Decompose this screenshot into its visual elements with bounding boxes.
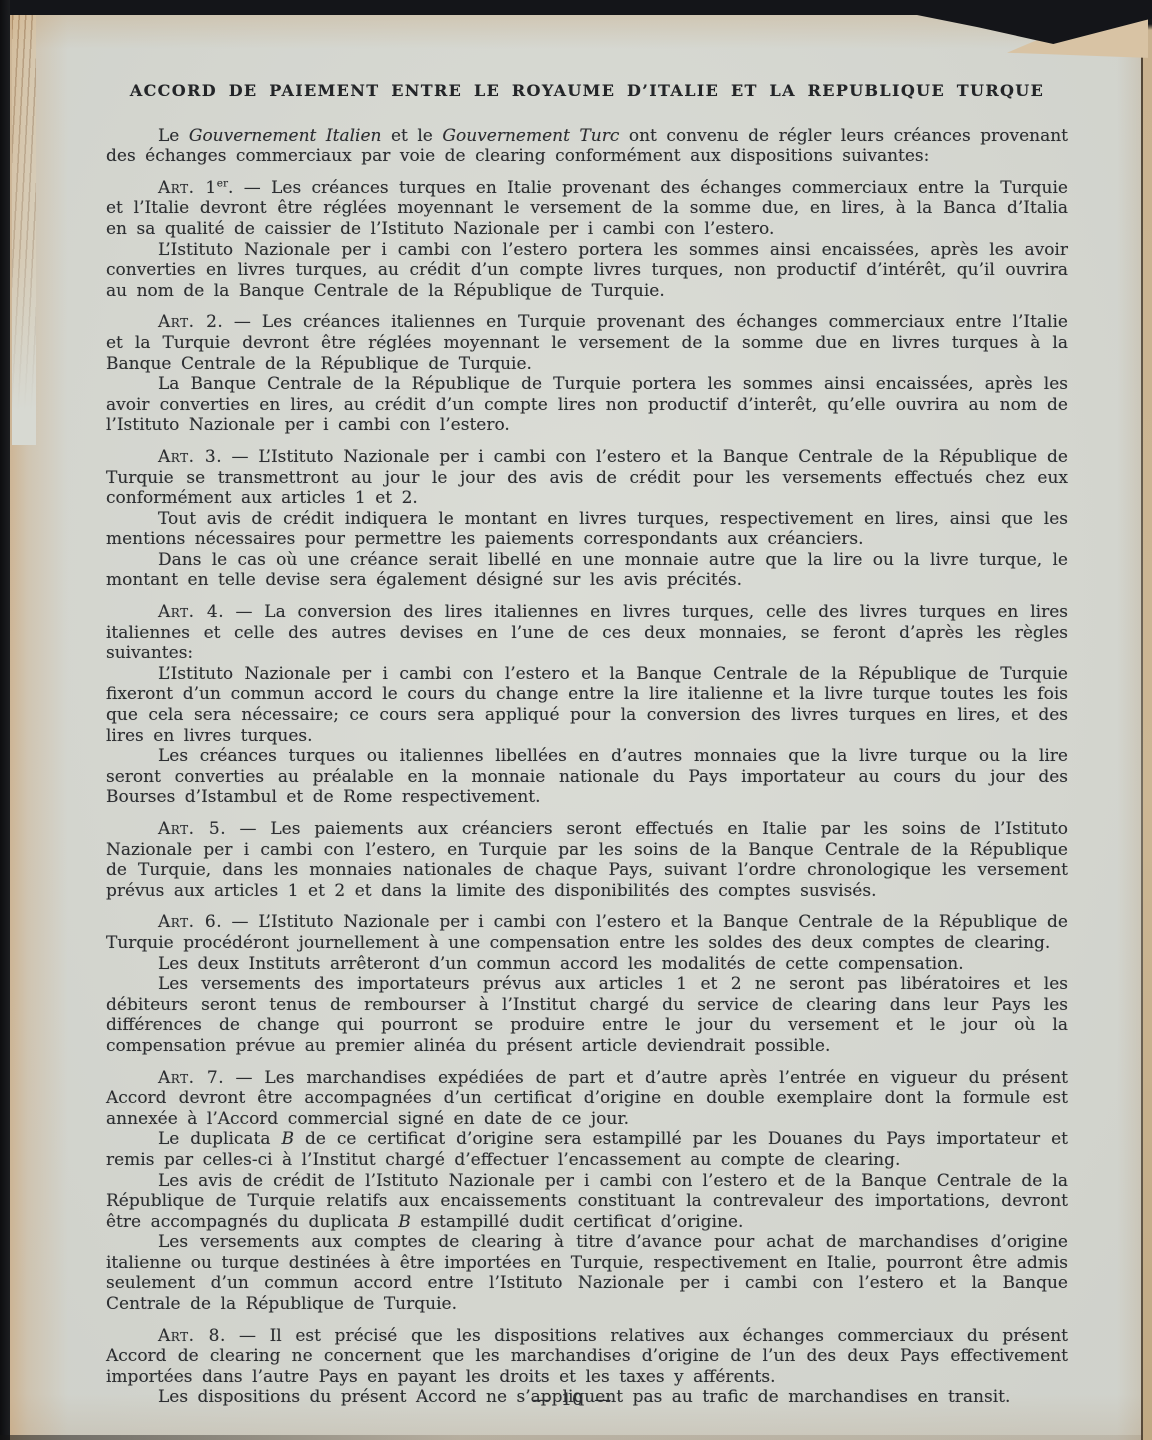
body-paragraph: L’Istituto Nazionale per i cambi con l’e…	[106, 664, 1068, 746]
article-label: Art. 1	[158, 178, 217, 198]
stacked-page-edges	[12, 15, 36, 445]
article-label: Art. 6	[158, 912, 216, 932]
italic-text: Gouvernement Turc	[442, 126, 619, 146]
body-paragraph: Les versements aux comptes de clearing à…	[106, 1232, 1068, 1314]
article-label: Art. 4	[158, 602, 218, 622]
paper-sheet: ACCORD DE PAIEMENT ENTRE LE ROYAUME D’IT…	[10, 15, 1143, 1440]
body-paragraph: Dans le cas où une créance serait libell…	[106, 550, 1068, 591]
document-content: ACCORD DE PAIEMENT ENTRE LE ROYAUME D’IT…	[106, 81, 1068, 1408]
italic-text: B	[398, 1212, 411, 1232]
article-label: Art. 7	[158, 1068, 218, 1088]
body-paragraph: Le duplicata B de ce certificat d’origin…	[106, 1129, 1068, 1170]
article-paragraph: Art. 7. — Les marchandises expédiées de …	[106, 1068, 1068, 1130]
article-label: Art. 8	[158, 1326, 220, 1346]
article-paragraph: Art. 2. — Les créances italiennes en Tur…	[106, 312, 1068, 374]
article-paragraph: Art. 5. — Les paiements aux créanciers s…	[106, 819, 1068, 901]
article-label: Art. 5	[158, 819, 220, 839]
page-number: — 10 —	[10, 1390, 1134, 1410]
body-paragraph: Tout avis de crédit indiquera le montant…	[106, 509, 1068, 550]
body-paragraph: La Banque Centrale de la République de T…	[106, 374, 1068, 436]
article-paragraph: Art. 3. — L’Istituto Nazionale per i cam…	[106, 447, 1068, 509]
article-ordinal-sup: er	[217, 177, 228, 189]
italic-text: B	[281, 1129, 294, 1149]
adjacent-page-edge	[1143, 0, 1152, 1440]
body-paragraph: Les avis de crédit de l’Istituto Naziona…	[106, 1171, 1068, 1233]
article-label: Art. 3	[158, 447, 216, 467]
scanner-background-left	[0, 0, 10, 1440]
body-paragraph: Les versements des importateurs prévus a…	[106, 974, 1068, 1056]
bottom-edge-shadow	[0, 1435, 1152, 1440]
article-label: Art. 2	[158, 312, 217, 332]
article-paragraph: Art. 4. — La conversion des lires italie…	[106, 602, 1068, 664]
document-title: ACCORD DE PAIEMENT ENTRE LE ROYAUME D’IT…	[106, 81, 1068, 102]
scanned-page: ACCORD DE PAIEMENT ENTRE LE ROYAUME D’IT…	[0, 0, 1152, 1440]
body-paragraph: Les deux Instituts arrêteront d’un commu…	[106, 954, 1068, 975]
body-paragraph: Les créances turques ou italiennes libel…	[106, 746, 1068, 808]
article-paragraph: Art. 8. — Il est précisé que les disposi…	[106, 1326, 1068, 1388]
document-body: Le Gouvernement Italien et le Gouverneme…	[106, 126, 1068, 1408]
article-paragraph: Art. 1er. — Les créances turques en Ital…	[106, 178, 1068, 240]
body-paragraph: Le Gouvernement Italien et le Gouverneme…	[106, 126, 1068, 167]
italic-text: Gouvernement Italien	[189, 126, 382, 146]
body-paragraph: L’Istituto Nazionale per i cambi con l’e…	[106, 240, 1068, 302]
article-paragraph: Art. 6. — L’Istituto Nazionale per i cam…	[106, 912, 1068, 953]
